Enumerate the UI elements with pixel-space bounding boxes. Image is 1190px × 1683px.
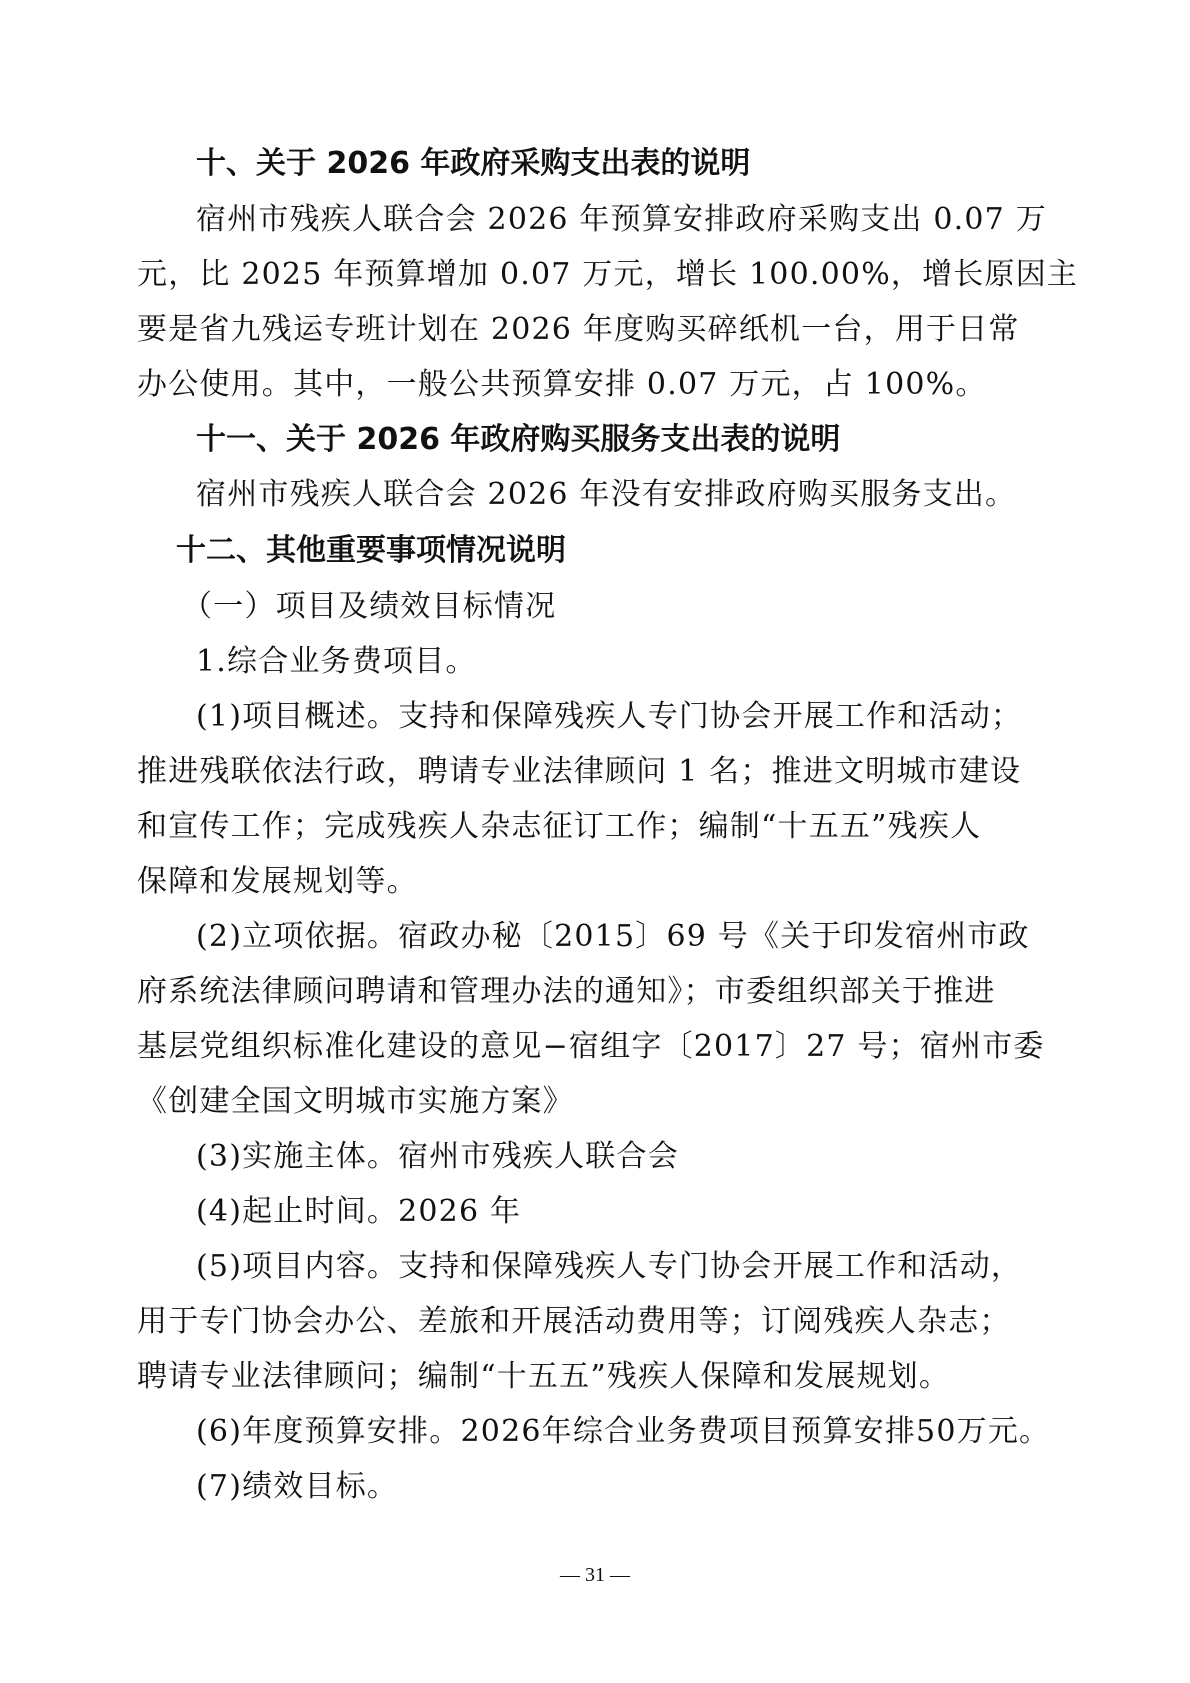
text: 基层党组织标准化建设的意见−宿组字〔2017〕27 号；宿州市委 xyxy=(137,1027,956,1067)
text: 用于专门协会办公、差旅和开展活动费用等；订阅残疾人杂志； xyxy=(137,1302,956,1342)
paragraph-line: 基层党组织标准化建设的意见−宿组字〔2017〕27 号；宿州市委 xyxy=(137,1027,956,1067)
paragraph-line: 宿州市残疾人联合会 2026 年没有安排政府购买服务支出。 xyxy=(196,475,1016,515)
text: (5)项目内容。支持和保障残疾人专门协会开展工作和活动， xyxy=(196,1247,956,1287)
paragraph-line: (4)起止时间。2026 年 xyxy=(196,1192,521,1232)
paragraph-line: 要是省九残运专班计划在 2026 年度购买碎纸机一台，用于日常 xyxy=(137,310,956,350)
paragraph-line: 宿州市残疾人联合会 2026 年预算安排政府采购支出 0.07 万 xyxy=(196,200,956,240)
paragraph-line: (7)绩效目标。 xyxy=(196,1467,398,1507)
section-heading-12: 十二、其他重要事项情况说明 xyxy=(176,531,566,571)
paragraph-line: 用于专门协会办公、差旅和开展活动费用等；订阅残疾人杂志； xyxy=(137,1302,956,1342)
page-number: — 31 — xyxy=(0,1563,1190,1587)
text: 要是省九残运专班计划在 2026 年度购买碎纸机一台，用于日常 xyxy=(137,310,956,350)
paragraph-line: 聘请专业法律顾问；编制“十五五”残疾人保障和发展规划。 xyxy=(137,1357,950,1397)
text: 宿州市残疾人联合会 2026 年预算安排政府采购支出 0.07 万 xyxy=(196,200,956,240)
item-title: 1.综合业务费项目。 xyxy=(196,642,477,682)
paragraph-line: (2)立项依据。宿政办秘〔2015〕69 号《关于印发宿州市政 xyxy=(196,917,956,957)
paragraph-line: 推进残联依法行政，聘请专业法律顾问 1 名；推进文明城市建设 xyxy=(137,752,956,792)
section-heading-11: 十一、关于 2026 年政府购买服务支出表的说明 xyxy=(196,420,840,460)
text: 府系统法律顾问聘请和管理办法的通知》；市委组织部关于推进 xyxy=(137,972,956,1012)
text: (2)立项依据。宿政办秘〔2015〕69 号《关于印发宿州市政 xyxy=(196,917,956,957)
text: 推进残联依法行政，聘请专业法律顾问 1 名；推进文明城市建设 xyxy=(137,752,956,792)
paragraph-line: 保障和发展规划等。 xyxy=(137,862,418,902)
text: 元，比 2025 年预算增加 0.07 万元，增长 100.00%，增长原因主 xyxy=(137,255,956,295)
text: 和宣传工作；完成残疾人杂志征订工作；编制“十五五”残疾人 xyxy=(137,807,956,847)
paragraph-line: (1)项目概述。支持和保障残疾人专门协会开展工作和活动； xyxy=(196,697,956,737)
text: (1)项目概述。支持和保障残疾人专门协会开展工作和活动； xyxy=(196,697,956,737)
paragraph-line: (6)年度预算安排。2026年综合业务费项目预算安排50万元。 xyxy=(196,1412,958,1452)
paragraph-line: 《创建全国文明城市实施方案》 xyxy=(137,1082,574,1122)
document-page: 十、关于 2026 年政府采购支出表的说明 宿州市残疾人联合会 2026 年预算… xyxy=(0,0,1190,1683)
paragraph-line: 府系统法律顾问聘请和管理办法的通知》；市委组织部关于推进 xyxy=(137,972,956,1012)
paragraph-line: 办公使用。其中，一般公共预算安排 0.07 万元，占 100%。 xyxy=(137,365,987,405)
paragraph-line: 和宣传工作；完成残疾人杂志征订工作；编制“十五五”残疾人 xyxy=(137,807,956,847)
paragraph-line: (3)实施主体。宿州市残疾人联合会 xyxy=(196,1137,679,1177)
section-heading-10: 十、关于 2026 年政府采购支出表的说明 xyxy=(196,144,750,184)
text: (6)年度预算安排。2026年综合业务费项目预算安排50万元。 xyxy=(196,1412,958,1452)
paragraph-line: 元，比 2025 年预算增加 0.07 万元，增长 100.00%，增长原因主 xyxy=(137,255,956,295)
paragraph-line: (5)项目内容。支持和保障残疾人专门协会开展工作和活动， xyxy=(196,1247,956,1287)
subheading: （一）项目及绩效目标情况 xyxy=(182,587,556,627)
